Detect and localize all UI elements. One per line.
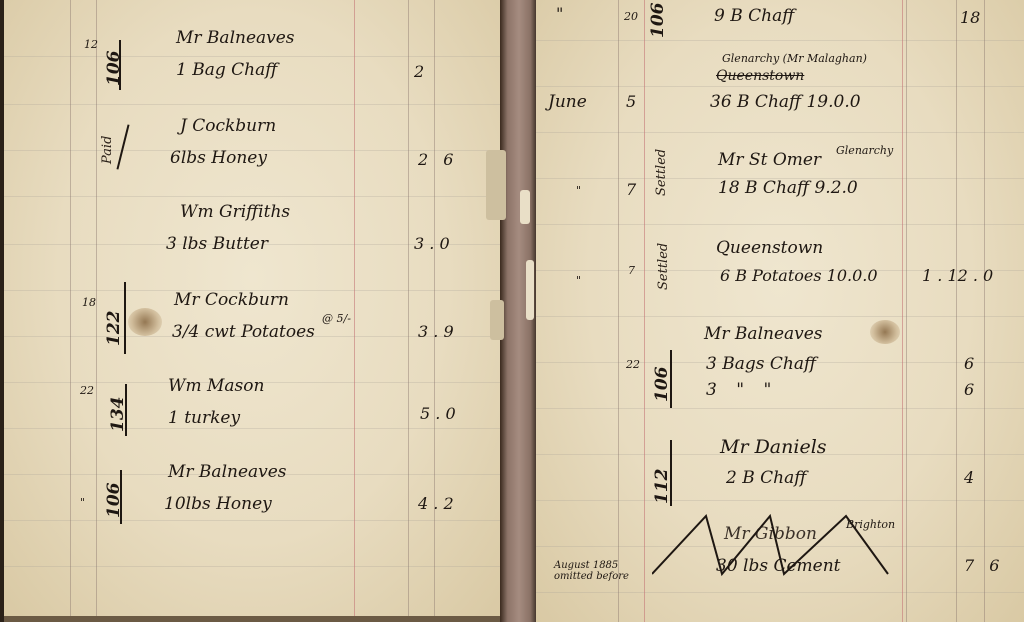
folio-number: 106 <box>648 3 668 39</box>
item-description: 1 Bag Chaff <box>176 60 277 80</box>
amount: 3 . 0 <box>414 234 450 253</box>
amount: 3 . 9 <box>418 322 454 341</box>
amount: 4 . 2 <box>418 494 454 513</box>
location-note: Glenarchy <box>836 144 893 157</box>
customer-name: Mr St Omer <box>718 150 821 170</box>
book-spine <box>500 0 538 622</box>
item-description-ditto: 3 " " <box>706 380 771 400</box>
customer-name: J Cockburn <box>180 116 276 136</box>
customer-name: Wm Griffiths <box>180 202 290 222</box>
amount: 4 <box>964 468 974 487</box>
entry-day: 18 <box>82 296 96 309</box>
item-description: 6 B Potatoes 10.0.0 <box>720 266 878 285</box>
struck-name: Queenstown <box>716 68 804 84</box>
item-description: 3 Bags Chaff <box>706 354 816 374</box>
settled-note: Settled <box>654 149 669 196</box>
item-description: 9 B Chaff <box>714 6 794 26</box>
paid-note: Paid <box>100 136 115 164</box>
entry-day: " <box>80 496 85 509</box>
amount: 2 6 <box>418 150 453 169</box>
rate-note: @ 5/- <box>322 312 351 325</box>
entry-day: 20 <box>624 10 638 23</box>
customer-name: Mr Daniels <box>720 436 827 458</box>
ledger-book: 12 106 Mr Balneaves 1 Bag Chaff 2 Paid J… <box>0 0 1024 622</box>
margin-note: August 1885 omitted before <box>554 560 634 582</box>
entry-day: 22 <box>80 384 94 397</box>
item-description: 36 B Chaff 19.0.0 <box>710 92 861 112</box>
entry-month: " <box>576 184 581 197</box>
cross-out-zigzag <box>652 512 892 582</box>
folio-number: 106 <box>104 51 124 87</box>
entry-day: 22 <box>626 358 640 371</box>
customer-name: Mr Cockburn <box>174 290 289 310</box>
folio-number: 106 <box>652 367 672 403</box>
amount: 18 <box>960 8 980 27</box>
entry-day: 7 <box>628 264 635 277</box>
amount: 6 <box>964 380 974 399</box>
item-description: 3 lbs Butter <box>166 234 268 254</box>
customer-name: Mr Balneaves <box>168 462 287 482</box>
entry-day: 7 <box>626 180 636 199</box>
item-description: 10lbs Honey <box>164 494 272 514</box>
customer-name: Glenarchy (Mr Malaghan) <box>722 52 867 65</box>
entry-day: 12 <box>84 38 98 51</box>
customer-name: Wm Mason <box>168 376 264 396</box>
item-description: 3/4 cwt Potatoes <box>172 322 315 342</box>
settled-note: Settled <box>656 243 671 290</box>
customer-name: Queenstown <box>716 238 823 258</box>
amount: 2 <box>414 62 424 81</box>
item-description: 2 B Chaff <box>726 468 806 488</box>
item-description: 18 B Chaff 9.2.0 <box>718 178 858 198</box>
folio-number: 112 <box>652 469 672 505</box>
entry-month: " <box>576 274 581 287</box>
ink-stain <box>128 308 162 336</box>
amount: 7 6 <box>964 556 999 575</box>
customer-name: Mr Balneaves <box>704 324 823 344</box>
folio-number: 122 <box>104 311 124 347</box>
entry-month: June <box>548 92 587 112</box>
amount: 6 <box>964 354 974 373</box>
item-description: 1 turkey <box>168 408 240 428</box>
entry-day: 5 <box>626 92 636 111</box>
ink-stain <box>870 320 900 344</box>
item-description: 6lbs Honey <box>170 148 267 168</box>
amount: 1 . 12 . 0 <box>922 266 993 285</box>
amount: 5 . 0 <box>420 404 456 423</box>
customer-name: Mr Balneaves <box>176 28 295 48</box>
left-page: 12 106 Mr Balneaves 1 Bag Chaff 2 Paid J… <box>4 0 502 622</box>
entry-month: " <box>556 4 563 23</box>
